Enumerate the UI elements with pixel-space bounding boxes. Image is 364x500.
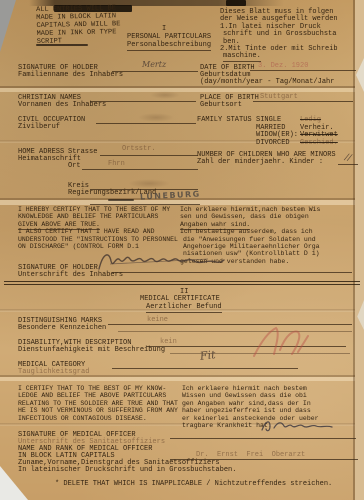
notice-line: maschine. xyxy=(223,52,261,62)
cert2-de-line: Wissen und Gewissen dass die obi xyxy=(182,392,307,399)
family-status-divorced-en: DIVORCED xyxy=(256,139,290,147)
dob-line xyxy=(250,70,356,71)
cert2-en-line: RELATING TO THE SOLDIER ARE TRUE AND THA… xyxy=(18,400,178,407)
christian-names-value-smudge xyxy=(150,91,180,99)
marks-label-de: Besondere Kennzeichen xyxy=(18,324,106,332)
kreis-value-smudge xyxy=(128,179,170,188)
section1-number: I xyxy=(162,25,166,33)
corner-top-left xyxy=(0,0,16,52)
pob-line xyxy=(253,101,353,102)
strasse-label: Strasse xyxy=(68,148,97,156)
medical-signature-line xyxy=(170,438,356,439)
surname-value: Mertz xyxy=(142,61,166,69)
cert2-en-line: HE IS NOT VERMINOUS OR SUFFERING FROM AN… xyxy=(18,407,178,414)
notice-line: SCRIPT xyxy=(37,37,62,46)
dob-hint: (day/month/year - Tag/Monat/Jahr xyxy=(200,78,334,86)
cert1-de-line: sen und Gewissen, dass die obigen xyxy=(180,213,309,220)
cert1-de-line: Ich bestaetige ausserdem, dass ich xyxy=(180,228,313,235)
occupation-label-de: Zivilberuf xyxy=(18,123,60,131)
land-line xyxy=(90,204,200,205)
holder-signature xyxy=(96,249,226,275)
marks-value: keine xyxy=(147,316,168,324)
ink-blob xyxy=(226,0,246,6)
disability-label-de: Dienstunfaehigkeit mit Beschreibung xyxy=(18,346,165,354)
red-pencil-scribble xyxy=(246,322,316,362)
cert2-de-line: haber ungezieferfrei ist und dass xyxy=(182,407,311,414)
land-strike-mark xyxy=(108,199,134,201)
children-line xyxy=(338,164,358,165)
pob-value: Stuttgart xyxy=(260,93,298,101)
surname-label-de: Familienname des Inhabers xyxy=(18,71,123,79)
strasse-line xyxy=(100,155,198,156)
cert2-de-line: Ich erklaere hiermit nach bestem xyxy=(182,385,307,392)
ort-line xyxy=(82,169,198,170)
category-value: Fit xyxy=(200,351,216,361)
christian-names-label-de: Vornamen des Inhabers xyxy=(18,101,106,109)
dob-value: 3. Dez. 1920 xyxy=(258,62,308,70)
children-label-de: Zahl der minderjaehr. Kinder : xyxy=(197,158,323,166)
marks-line-2 xyxy=(118,331,352,332)
cert1-en-line: I HEREBY CERTIFY THAT TO THE BEST OF MY xyxy=(18,206,170,213)
medical-officer-signature xyxy=(258,416,338,436)
surname-line xyxy=(112,71,198,72)
cert2-en-line: LEDGE AND BELIEF THE ABOVE PARTICULARS xyxy=(18,392,166,399)
ort-label: Ort xyxy=(68,162,81,170)
section1-title-en: PERSONAL PARTICULARS xyxy=(127,33,211,41)
notice-line: MADE IN INK OR TYPE xyxy=(37,28,117,38)
family-status-label: FAMILY STATUS xyxy=(197,116,252,124)
section-divider-bottom xyxy=(4,284,360,285)
category-line xyxy=(112,368,298,369)
notice-line: schrift und in Grossbuchsta xyxy=(223,30,336,38)
occupation-value-smudge xyxy=(138,113,174,122)
cert2-en-line: INFECTIOUS OR CONTAGIOUS DISEASE. xyxy=(18,415,147,422)
cert1-en-line: KNOWLEDGE AND BELIEF THE PARTICULARS xyxy=(18,213,158,220)
name-rank-label-de2: In lateinischer Druckschrift und in Gros… xyxy=(18,466,236,474)
cert1-de-line: die "Anweisungen fuer Soldaten und xyxy=(183,236,316,243)
tear-line-1 xyxy=(0,86,364,92)
category-label-de: Tauglichkeitsgrad xyxy=(18,368,89,376)
ort-value: Fhrn xyxy=(108,160,125,168)
cert2-de-line: gen Angaben wahr sind,dass der In xyxy=(182,400,311,407)
section1-title-de: Personalbeschreibung xyxy=(127,41,211,51)
cert1-en-line: I ALSO CERTIFY THAT I HAVE READ AND xyxy=(18,228,155,235)
name-rank-value: Dr. Ernst Frei Oberarzt xyxy=(196,451,305,459)
strasse-value: Ortsstr. xyxy=(122,145,156,153)
cert1-de-line: Ich erklaere hiermit,nach bestem Wis xyxy=(180,206,320,213)
children-value: // xyxy=(344,153,352,162)
section-divider-top xyxy=(4,281,360,282)
family-status-divorced-de: Geschied. xyxy=(300,139,338,147)
cert1-en-line: UNDERSTOOD THE "INSTRUCTIONS TO PERSONNE… xyxy=(18,236,178,243)
footnote: * DELETE THAT WHICH IS INAPPLICABLE / Ni… xyxy=(55,480,332,488)
occupation-line xyxy=(96,123,196,124)
disability-value: kein xyxy=(160,338,177,346)
land-value: LÜNEBURG xyxy=(140,190,201,201)
discharge-form-document: ALL ENTRIES WILL BE MADE IN BLOCK LATIN … xyxy=(0,0,364,500)
section2-title-de: Aerztlicher Befund xyxy=(146,303,222,313)
cert2-en-line: I CERTIFY THAT TO THE BEST OF MY KNOW- xyxy=(18,385,166,392)
pob-label-de: Geburtsort xyxy=(200,101,242,109)
